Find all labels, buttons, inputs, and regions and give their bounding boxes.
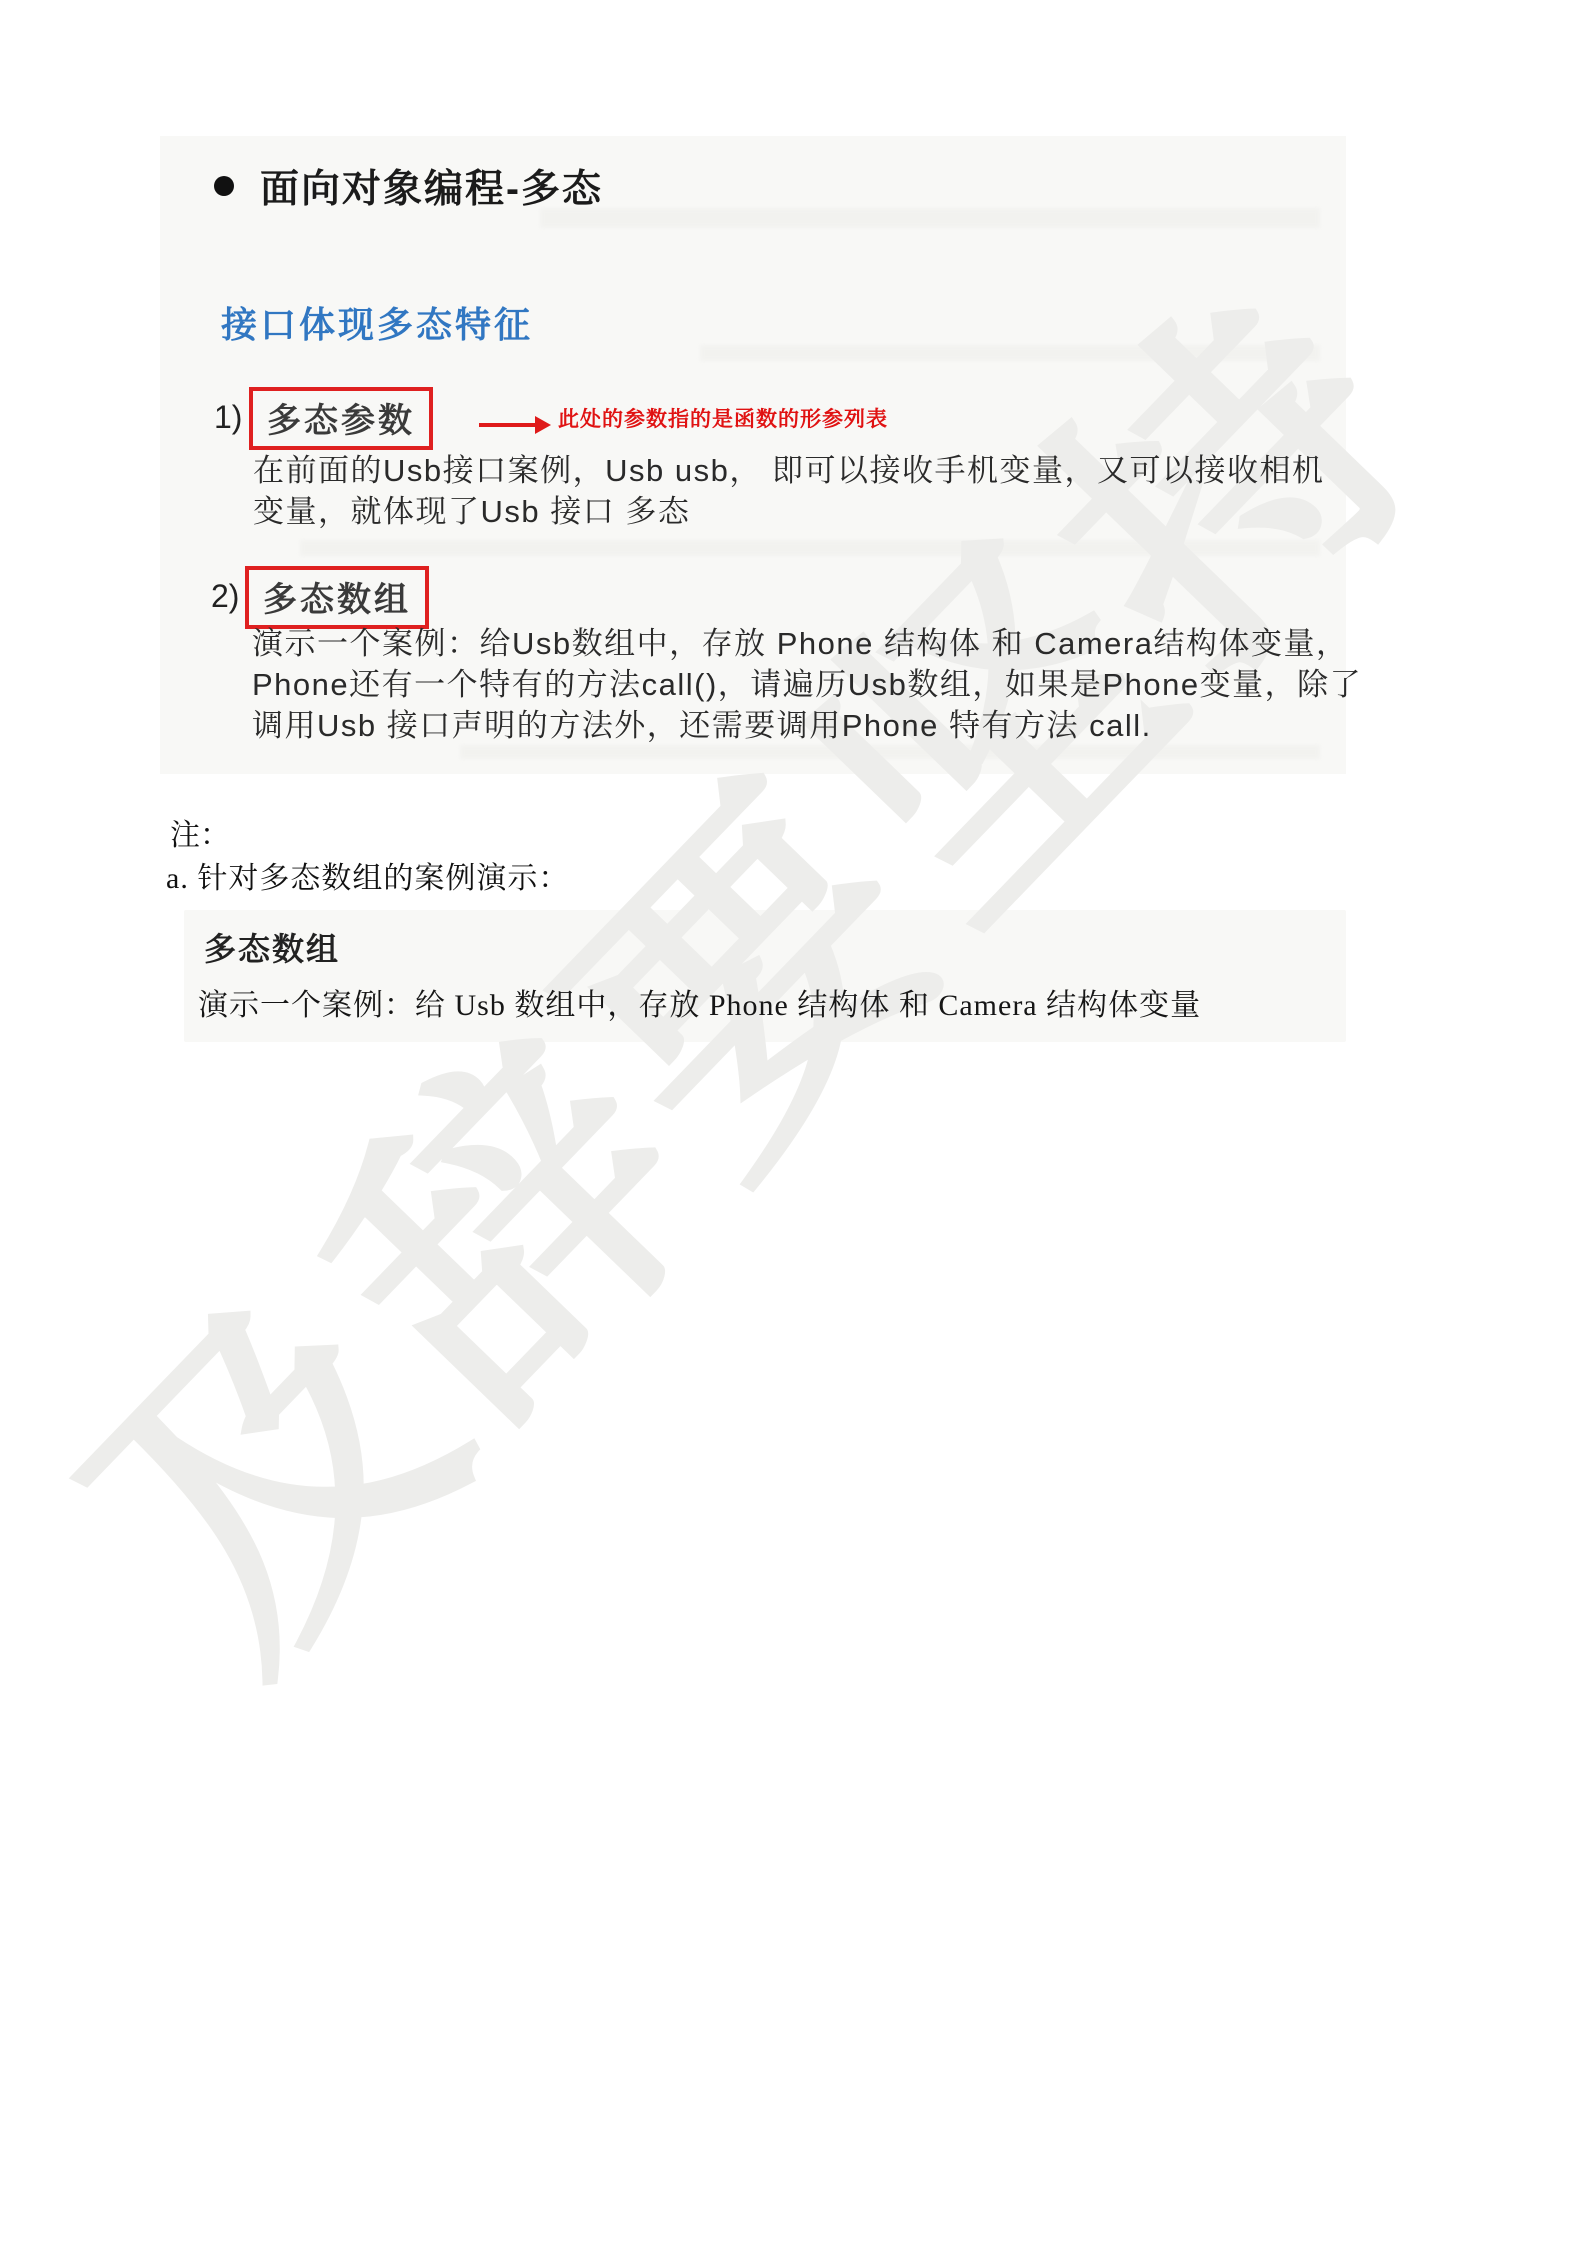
paragraph-line: 变量，就体现了Usb 接口 多态	[253, 491, 1324, 532]
item1-paragraph: 在前面的Usb接口案例，Usb usb， 即可以接收手机变量，又可以接收相机 变…	[253, 450, 1324, 532]
arrow-head	[535, 416, 551, 434]
paragraph-line: 在前面的Usb接口案例，Usb usb， 即可以接收手机变量，又可以接收相机	[253, 450, 1324, 491]
red-annotation: 此处的参数指的是函数的形参列表	[558, 403, 888, 433]
note-item-a: a. 针对多态数组的案例演示：	[166, 853, 569, 897]
list-number-1: 1)	[214, 399, 242, 436]
section-heading: 接口体现多态特征	[221, 297, 533, 348]
highlight-box-polymorphic-array: 多态数组	[245, 566, 429, 629]
main-heading-row: 面向对象编程-多态	[214, 158, 603, 214]
paragraph-line: 演示一个案例：给Usb数组中，存放 Phone 结构体 和 Camera结构体变…	[252, 623, 1362, 664]
document-page: 及辞要坚持 面向对象编程-多态 接口体现多态特征 1) 多态参数 此处的参数指的…	[0, 0, 1587, 2245]
note-label: 注：	[170, 810, 230, 854]
paragraph-line: Phone还有一个特有的方法call()，请遍历Usb数组，如果是Phone变量…	[252, 664, 1362, 705]
item2-paragraph: 演示一个案例：给Usb数组中，存放 Phone 结构体 和 Camera结构体变…	[252, 623, 1362, 746]
bullet-icon	[214, 176, 234, 196]
paragraph-line: 调用Usb 接口声明的方法外，还需要调用Phone 特有方法 call.	[252, 705, 1362, 746]
annotation-arrow-icon	[479, 416, 551, 434]
excerpt-title: 多态数组	[204, 924, 340, 970]
list-number-2: 2)	[211, 578, 239, 615]
excerpt-line: 演示一个案例：给 Usb 数组中，存放 Phone 结构体 和 Camera 结…	[198, 980, 1201, 1024]
highlight-box-polymorphic-parameter: 多态参数	[249, 387, 433, 450]
arrow-shaft	[479, 423, 535, 427]
page-title: 面向对象编程-多态	[260, 158, 603, 214]
